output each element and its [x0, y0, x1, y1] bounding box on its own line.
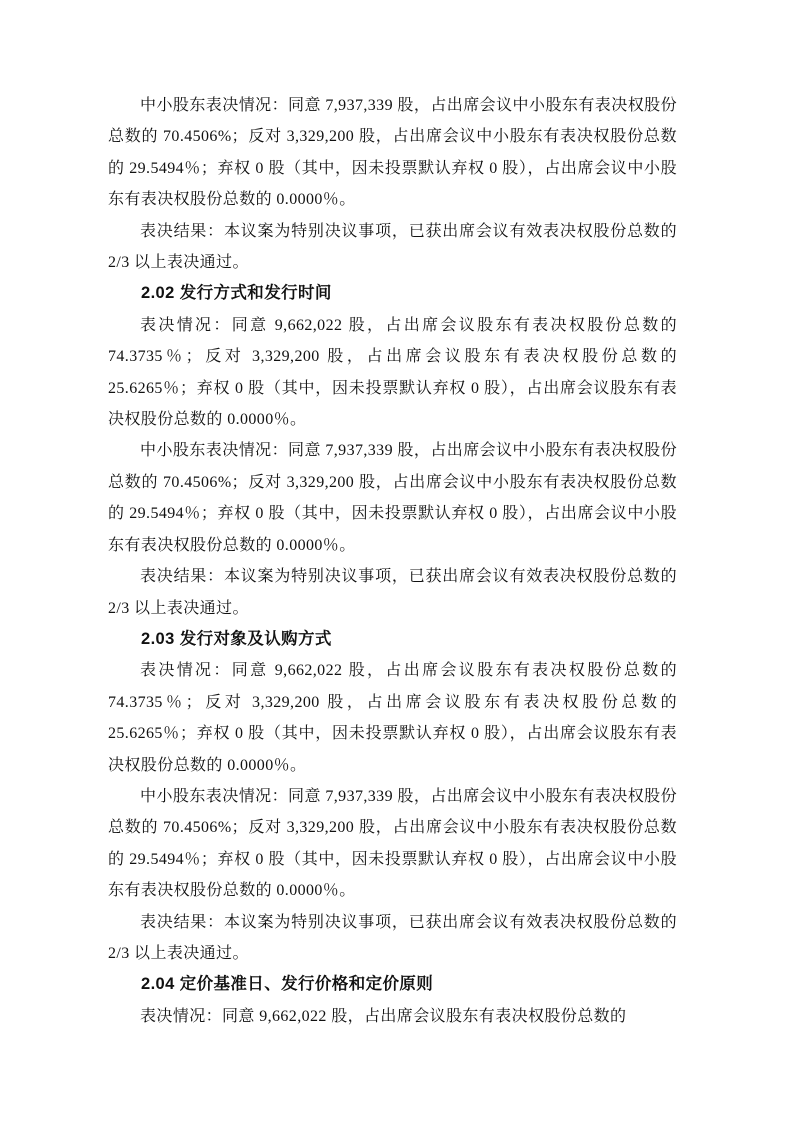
paragraph-vote-status-2-04-partial: 表决情况：同意 9,662,022 股，占出席会议股东有表决权股份总数的: [108, 1001, 677, 1032]
paragraph-vote-status-2-02: 表决情况：同意 9,662,022 股，占出席会议股东有表决权股份总数的 74.…: [108, 310, 677, 436]
document-body: 中小股东表决情况：同意 7,937,339 股，占出席会议中小股东有表决权股份总…: [108, 90, 677, 1032]
paragraph-vote-result-2-03: 表决结果：本议案为特别决议事项，已获出席会议有效表决权股份总数的 2/3 以上表…: [108, 907, 677, 970]
paragraph-minority-shareholder-vote-2-02: 中小股东表决情况：同意 7,937,339 股，占出席会议中小股东有表决权股份总…: [108, 435, 677, 561]
document-page: 中小股东表决情况：同意 7,937,339 股，占出席会议中小股东有表决权股份总…: [0, 0, 793, 1122]
paragraph-minority-shareholder-vote-2-03: 中小股东表决情况：同意 7,937,339 股，占出席会议中小股东有表决权股份总…: [108, 781, 677, 907]
paragraph-vote-status-2-03: 表决情况：同意 9,662,022 股，占出席会议股东有表决权股份总数的 74.…: [108, 655, 677, 781]
paragraph-vote-result-2-02: 表决结果：本议案为特别决议事项，已获出席会议有效表决权股份总数的 2/3 以上表…: [108, 561, 677, 624]
paragraph-minority-shareholder-vote-1: 中小股东表决情况：同意 7,937,339 股，占出席会议中小股东有表决权股份总…: [108, 90, 677, 216]
paragraph-vote-result-1: 表决结果：本议案为特别决议事项，已获出席会议有效表决权股份总数的 2/3 以上表…: [108, 216, 677, 279]
section-heading-2-04: 2.04 定价基准日、发行价格和定价原则: [108, 969, 677, 1000]
section-heading-2-03: 2.03 发行对象及认购方式: [108, 624, 677, 655]
section-heading-2-02: 2.02 发行方式和发行时间: [108, 278, 677, 309]
